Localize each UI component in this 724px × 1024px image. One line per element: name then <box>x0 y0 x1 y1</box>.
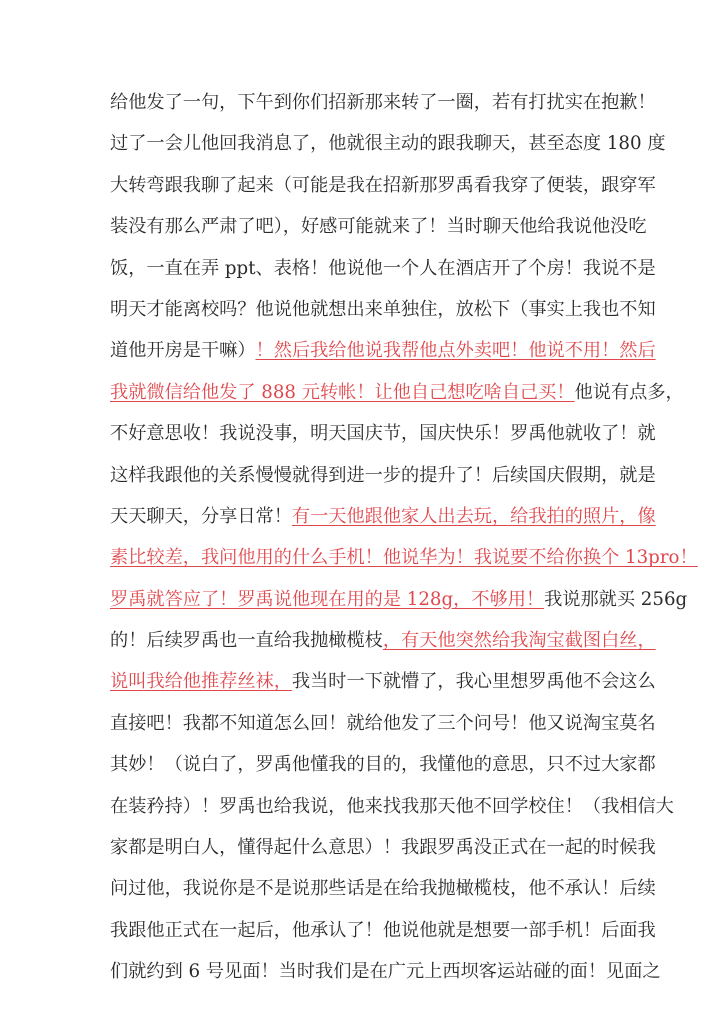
body-text: 不好意思收！我说没事，明天国庆节，国庆快乐！罗禹他就收了！就 <box>110 423 656 444</box>
text-line-content: 我就微信给他发了 888 元转帐！让他自己想吃啥自己买！他说有点多， <box>110 378 614 419</box>
text-line-content: 们就约到 6 号见面！当时我们是在广元上西坝客运站碰的面！见面之 <box>110 957 614 998</box>
text-line-content: 素比较差，我问他用的什么手机！他说华为！我说要不给你换个 13pro！ <box>110 543 614 584</box>
body-text: 道他开房是干嘛） <box>110 340 256 361</box>
text-line: 我就微信给他发了 888 元转帐！让他自己想吃啥自己买！他说有点多， <box>110 378 614 419</box>
highlighted-text: 罗禹就答应了！罗禹说他现在用的是 128g，不够用！ <box>110 589 544 610</box>
document-page: 给他发了一句，下午到你们招新那来转了一圈，若有打扰实在抱歉！过了一会儿他回我消息… <box>0 0 724 1024</box>
text-line-content: 说叫我给他推荐丝袜，我当时一下就懵了，我心里想罗禹他不会这么 <box>110 667 614 708</box>
body-text: 直接吧！我都不知道怎么回！就给他发了三个问号！他又说淘宝莫名 <box>110 713 656 734</box>
text-line-content: 大转弯跟我聊了起来（可能是我在招新那罗禹看我穿了便装，跟穿军 <box>110 171 614 212</box>
body-text: 这样我跟他的关系慢慢就得到进一步的提升了！后续国庆假期，就是 <box>110 465 656 486</box>
body-text: 其妙！（说白了，罗禹他懂我的目的，我懂他的意思，只不过大家都 <box>110 754 656 775</box>
body-text: 我说那就买 256g <box>544 589 687 610</box>
text-line-content: 问过他，我说你是不是说那些话是在给我抛橄榄枝，他不承认！后续 <box>110 874 614 915</box>
body-text: 我当时一下就懵了，我心里想罗禹他不会这么 <box>292 671 656 692</box>
text-line: 这样我跟他的关系慢慢就得到进一步的提升了！后续国庆假期，就是 <box>110 461 614 502</box>
text-line: 在装矜持）！罗禹也给我说，他来找我那天他不回学校住！（我相信大 <box>110 792 614 833</box>
body-text: 天天聊天，分享日常！ <box>110 506 292 527</box>
text-line-content: 这样我跟他的关系慢慢就得到进一步的提升了！后续国庆假期，就是 <box>110 461 614 502</box>
text-line-content: 其妙！（说白了，罗禹他懂我的目的，我懂他的意思，只不过大家都 <box>110 750 614 791</box>
body-text: 明天才能离校吗？他说他就想出来单独住，放松下（事实上我也不知 <box>110 299 656 320</box>
body-text: 我跟他正式在一起后，他承认了！他说他就是想要一部手机！后面我 <box>110 920 656 941</box>
text-line: 家都是明白人，懂得起什么意思）！我跟罗禹没正式在一起的时候我 <box>110 833 614 874</box>
text-line-content: 明天才能离校吗？他说他就想出来单独住，放松下（事实上我也不知 <box>110 295 614 336</box>
body-text: 们就约到 6 号见面！当时我们是在广元上西坝客运站碰的面！见面之 <box>110 961 661 982</box>
document-body-text: 给他发了一句，下午到你们招新那来转了一圈，若有打扰实在抱歉！过了一会儿他回我消息… <box>110 88 614 999</box>
text-line-content: 在装矜持）！罗禹也给我说，他来找我那天他不回学校住！（我相信大 <box>110 792 614 833</box>
body-text: 在装矜持）！罗禹也给我说，他来找我那天他不回学校住！（我相信大 <box>110 796 674 817</box>
text-line: 素比较差，我问他用的什么手机！他说华为！我说要不给你换个 13pro！ <box>110 543 614 584</box>
text-line: 过了一会儿他回我消息了，他就很主动的跟我聊天，甚至态度 180 度 <box>110 129 614 170</box>
text-line-content: 饭，一直在弄 ppt、表格！他说他一个人在酒店开了个房！我说不是 <box>110 254 614 295</box>
text-line-content: 家都是明白人，懂得起什么意思）！我跟罗禹没正式在一起的时候我 <box>110 833 614 874</box>
text-line-content: 罗禹就答应了！罗禹说他现在用的是 128g，不够用！我说那就买 256g <box>110 585 614 626</box>
text-line-content: 装没有那么严肃了吧），好感可能就来了！当时聊天他给我说他没吃 <box>110 212 614 253</box>
text-line-content: 我跟他正式在一起后，他承认了！他说他就是想要一部手机！后面我 <box>110 916 614 957</box>
text-line: 明天才能离校吗？他说他就想出来单独住，放松下（事实上我也不知 <box>110 295 614 336</box>
text-line: 其妙！（说白了，罗禹他懂我的目的，我懂他的意思，只不过大家都 <box>110 750 614 791</box>
highlighted-text: 我就微信给他发了 888 元转帐！让他自己想吃啥自己买！ <box>110 382 575 403</box>
highlighted-text: 素比较差，我问他用的什么手机！他说华为！我说要不给你换个 13pro！ <box>110 547 698 568</box>
text-line: 问过他，我说你是不是说那些话是在给我抛橄榄枝，他不承认！后续 <box>110 874 614 915</box>
text-line-content: 天天聊天，分享日常！有一天他跟他家人出去玩，给我拍的照片，像 <box>110 502 614 543</box>
highlighted-text: 说叫我给他推荐丝袜， <box>110 671 292 692</box>
text-line: 装没有那么严肃了吧），好感可能就来了！当时聊天他给我说他没吃 <box>110 212 614 253</box>
text-line: 们就约到 6 号见面！当时我们是在广元上西坝客运站碰的面！见面之 <box>110 957 614 998</box>
body-text: 饭，一直在弄 ppt、表格！他说他一个人在酒店开了个房！我说不是 <box>110 258 656 279</box>
body-text: 装没有那么严肃了吧），好感可能就来了！当时聊天他给我说他没吃 <box>110 216 647 237</box>
text-line-content: 直接吧！我都不知道怎么回！就给他发了三个问号！他又说淘宝莫名 <box>110 709 614 750</box>
text-line: 道他开房是干嘛）！然后我给他说我帮他点外卖吧！他说不用！然后 <box>110 336 614 377</box>
body-text: 大转弯跟我聊了起来（可能是我在招新那罗禹看我穿了便装，跟穿军 <box>110 175 656 196</box>
text-line-content: 给他发了一句，下午到你们招新那来转了一圈，若有打扰实在抱歉！ <box>110 88 614 129</box>
body-text: 家都是明白人，懂得起什么意思）！我跟罗禹没正式在一起的时候我 <box>110 837 656 858</box>
text-line: 给他发了一句，下午到你们招新那来转了一圈，若有打扰实在抱歉！ <box>110 88 614 129</box>
text-line: 我跟他正式在一起后，他承认了！他说他就是想要一部手机！后面我 <box>110 916 614 957</box>
text-line-content: 的！后续罗禹也一直给我抛橄榄枝，有天他突然给我淘宝截图白丝， <box>110 626 614 667</box>
highlighted-text: 有一天他跟他家人出去玩，给我拍的照片，像 <box>292 506 656 527</box>
text-line-content: 道他开房是干嘛）！然后我给他说我帮他点外卖吧！他说不用！然后 <box>110 336 614 377</box>
highlighted-text: ！然后我给他说我帮他点外卖吧！他说不用！然后 <box>256 340 656 361</box>
highlighted-text: ，有天他突然给我淘宝截图白丝， <box>383 630 656 651</box>
body-text: 他说有点多， <box>575 382 684 403</box>
body-text: 过了一会儿他回我消息了，他就很主动的跟我聊天，甚至态度 180 度 <box>110 133 666 154</box>
text-line: 罗禹就答应了！罗禹说他现在用的是 128g，不够用！我说那就买 256g <box>110 585 614 626</box>
text-line: 大转弯跟我聊了起来（可能是我在招新那罗禹看我穿了便装，跟穿军 <box>110 171 614 212</box>
text-line: 饭，一直在弄 ppt、表格！他说他一个人在酒店开了个房！我说不是 <box>110 254 614 295</box>
text-line: 说叫我给他推荐丝袜，我当时一下就懵了，我心里想罗禹他不会这么 <box>110 667 614 708</box>
text-line: 的！后续罗禹也一直给我抛橄榄枝，有天他突然给我淘宝截图白丝， <box>110 626 614 667</box>
text-line-content: 不好意思收！我说没事，明天国庆节，国庆快乐！罗禹他就收了！就 <box>110 419 614 460</box>
text-line: 天天聊天，分享日常！有一天他跟他家人出去玩，给我拍的照片，像 <box>110 502 614 543</box>
text-line: 不好意思收！我说没事，明天国庆节，国庆快乐！罗禹他就收了！就 <box>110 419 614 460</box>
text-line: 直接吧！我都不知道怎么回！就给他发了三个问号！他又说淘宝莫名 <box>110 709 614 750</box>
body-text: 给他发了一句，下午到你们招新那来转了一圈，若有打扰实在抱歉！ <box>110 92 656 113</box>
text-line-content: 过了一会儿他回我消息了，他就很主动的跟我聊天，甚至态度 180 度 <box>110 129 614 170</box>
body-text: 的！后续罗禹也一直给我抛橄榄枝 <box>110 630 383 651</box>
body-text: 问过他，我说你是不是说那些话是在给我抛橄榄枝，他不承认！后续 <box>110 878 656 899</box>
